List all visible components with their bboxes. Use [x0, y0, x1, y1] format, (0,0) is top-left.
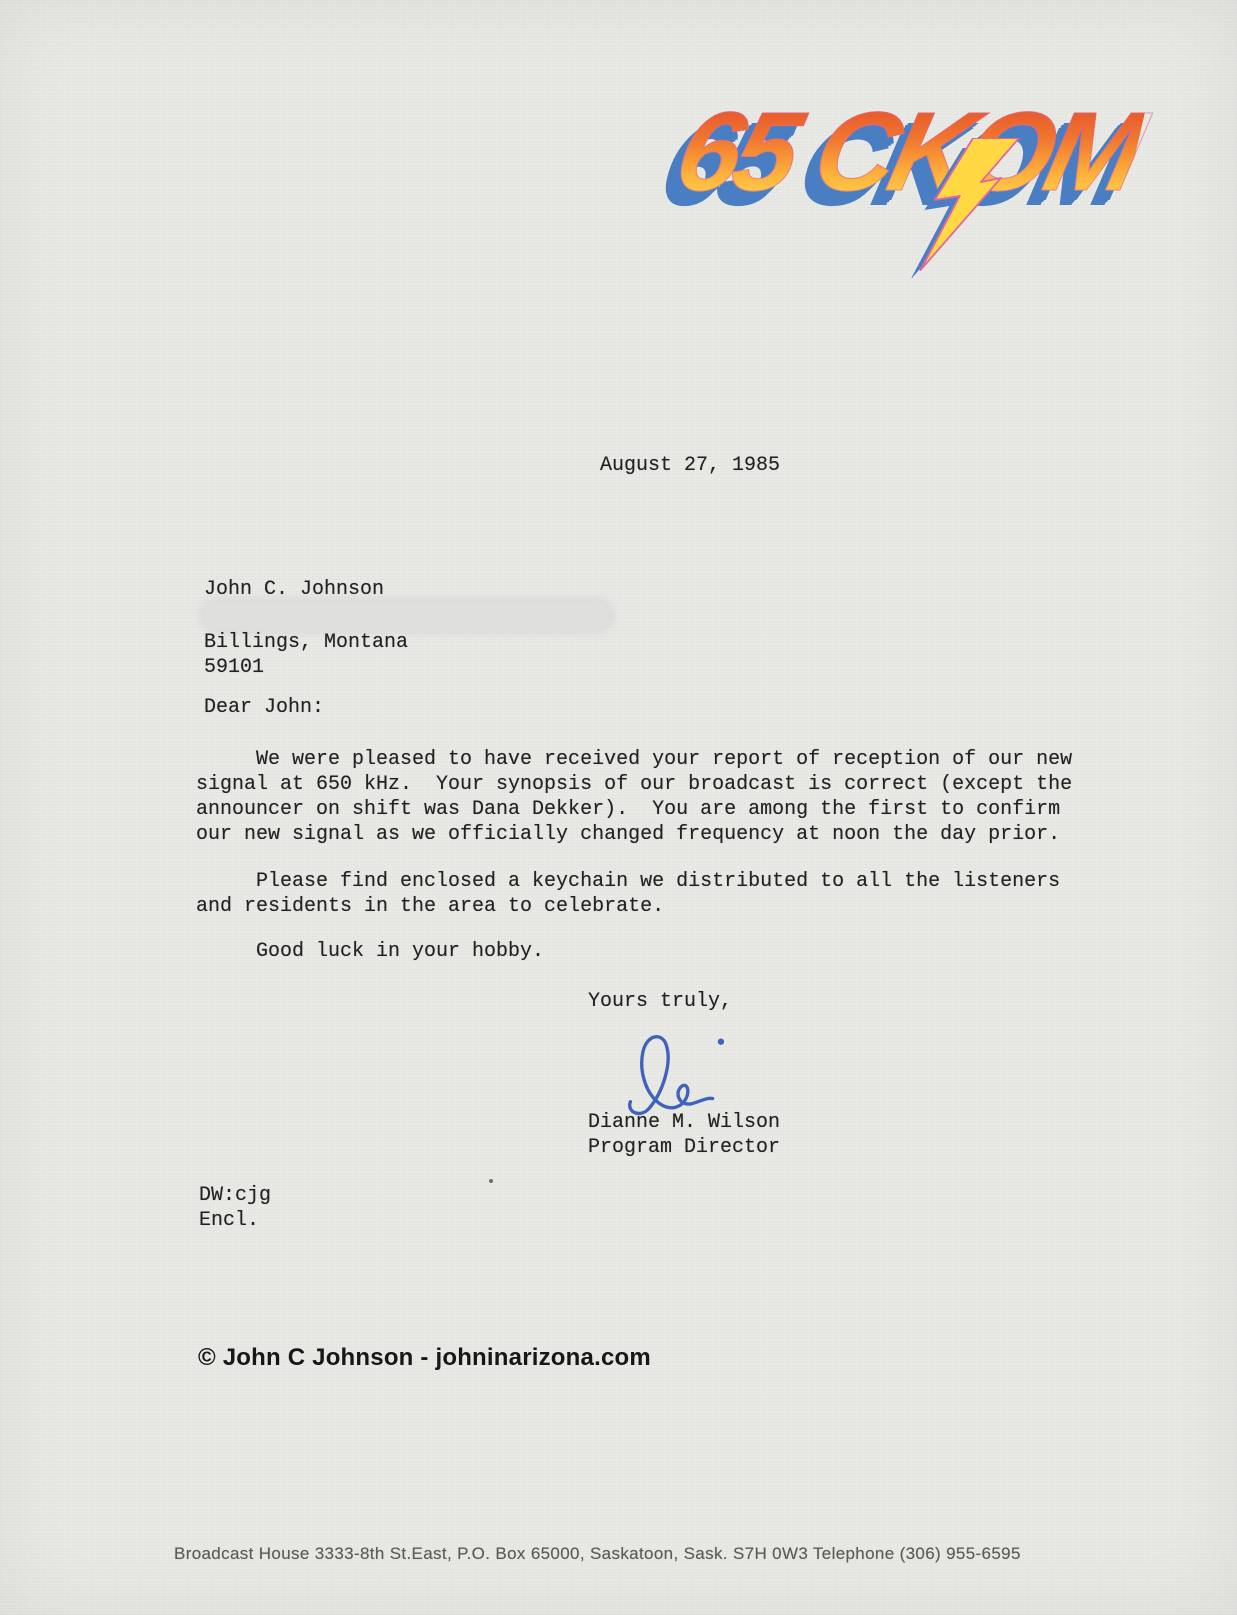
- closing-line: Yours truly,: [588, 989, 732, 1014]
- copyright-watermark: © John C Johnson - johninarizona.com: [198, 1344, 651, 1372]
- signer-title: Program Director: [588, 1135, 780, 1160]
- recipient-zip: 59101: [204, 655, 264, 680]
- typist-reference: DW:cjg: [199, 1183, 271, 1208]
- signer-name: Dianne M. Wilson: [588, 1110, 780, 1135]
- body-paragraph-1: We were pleased to have received your re…: [196, 747, 1072, 847]
- letterhead-footer-address: Broadcast House 3333-8th St.East, P.O. B…: [174, 1544, 1021, 1564]
- recipient-name: John C. Johnson: [204, 577, 384, 602]
- logo-text: 65 CKOM: [667, 96, 1149, 208]
- recipient-city: Billings, Montana: [204, 630, 408, 655]
- date-line: August 27, 1985: [600, 453, 780, 478]
- enclosure-note: Encl.: [199, 1208, 259, 1233]
- body-paragraph-2: Please find enclosed a keychain we distr…: [196, 869, 1060, 919]
- redacted-street-address: [203, 601, 611, 630]
- scanned-letter-page: 65 CKOM 65 CKOM August 27, 1985 John C. …: [0, 0, 1237, 1615]
- ckom-logo: 65 CKOM 65 CKOM: [651, 96, 1173, 276]
- stray-ink-dot: [489, 1179, 493, 1183]
- body-paragraph-3: Good luck in your hobby.: [196, 939, 544, 964]
- salutation: Dear John:: [204, 695, 324, 720]
